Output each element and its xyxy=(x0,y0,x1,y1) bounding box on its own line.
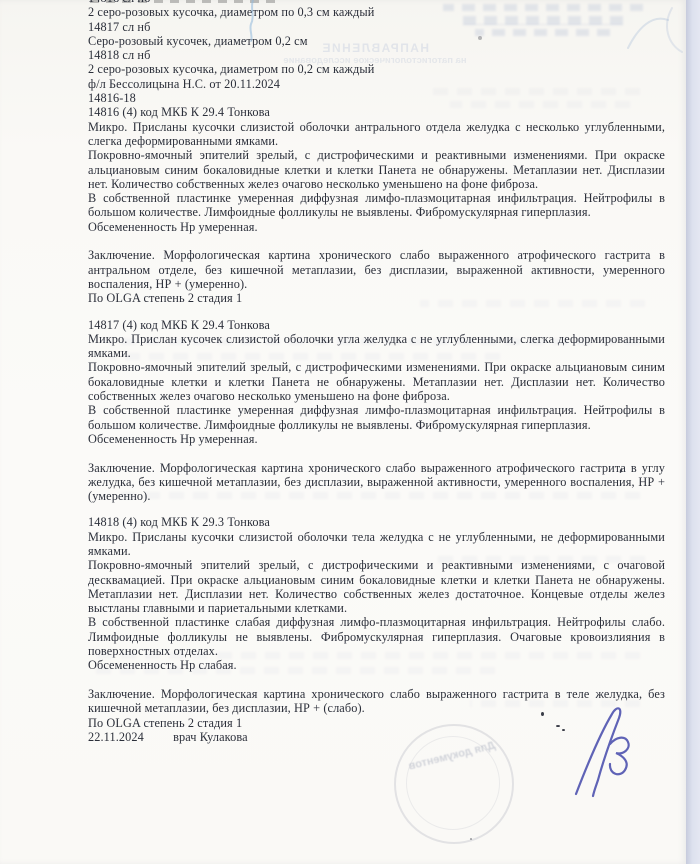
macro-line: ф/л Бессолицына Н.С. от 20.11.2024 xyxy=(88,77,665,91)
ink-speck xyxy=(556,725,560,727)
macro-line: 14816-18 xyxy=(88,91,665,105)
ink-speck xyxy=(478,36,482,40)
stamp-circle: Для документов xyxy=(394,724,514,844)
report-body: 14816 сл нб 2 серо-розовых кусочка, диам… xyxy=(88,0,665,744)
section-header-14818: 14818 (4) код МКБ К 29.3 Тонкова xyxy=(88,515,665,529)
conclusion-paragraph: Заключение. Морфологическая картина хрон… xyxy=(88,248,665,291)
macro-line: 2 серо-розовых кусочка, диаметром по 0,2… xyxy=(88,62,665,76)
macro-line: 2 серо-розовых кусочка, диаметром по 0,3… xyxy=(88,5,665,19)
ink-speck xyxy=(470,838,472,840)
macro-line: 14818 сл нб xyxy=(88,48,665,62)
micro-paragraph: Покровно-ямочный эпителий зрелый, с дист… xyxy=(88,148,665,191)
micro-paragraph: Обсемененность Нр слабая. xyxy=(88,658,665,672)
micro-paragraph: Покровно-ямочный эпителий зрелый, с дист… xyxy=(88,360,665,403)
micro-paragraph: Обсемененность Нр умеренная. xyxy=(88,432,665,446)
micro-paragraph: В собственной пластинке умеренная диффуз… xyxy=(88,191,665,220)
ink-speck xyxy=(562,729,565,731)
micro-paragraph: В собственной пластинке слабая диффузная… xyxy=(88,615,665,658)
document-page: НАПРАВЛЕНИЕ на патогистологическое иссле… xyxy=(0,0,686,864)
report-date: 22.11.2024 xyxy=(88,730,144,744)
micro-paragraph: В собственной пластинке умеренная диффуз… xyxy=(88,403,665,432)
ink-speck xyxy=(541,712,544,716)
micro-paragraph: Микро. Прислан кусочек слизистой оболочк… xyxy=(88,332,665,361)
olga-line: По OLGA степень 2 стадия 1 xyxy=(88,291,665,305)
conclusion-paragraph: Заключение. Морфологическая картина хрон… xyxy=(88,461,665,504)
section-header-14816: 14816 (4) код МКБ К 29.4 Тонкова xyxy=(88,105,665,119)
micro-paragraph: Микро. Присланы кусочки слизистой оболоч… xyxy=(88,120,665,149)
pen-mark xyxy=(246,0,260,42)
micro-paragraph: Покровно-ямочный эпителий зрелый, с дист… xyxy=(88,558,665,615)
handwriting-mark xyxy=(624,4,688,68)
section-header-14817: 14817 (4) код МКБ К 29.4 Тонкова xyxy=(88,318,665,332)
doctor-signature xyxy=(568,702,652,802)
macro-line: Серо-розовый кусочек, диаметром 0,2 см xyxy=(88,34,665,48)
macro-line: 14817 сл нб xyxy=(88,20,665,34)
doctor-name: врач Кулакова xyxy=(173,730,248,744)
page-edge-strip xyxy=(686,0,700,864)
micro-paragraph: Микро. Присланы кусочки слизистой оболоч… xyxy=(88,530,665,559)
micro-paragraph: Обсемененность Нр умеренная. xyxy=(88,220,665,234)
